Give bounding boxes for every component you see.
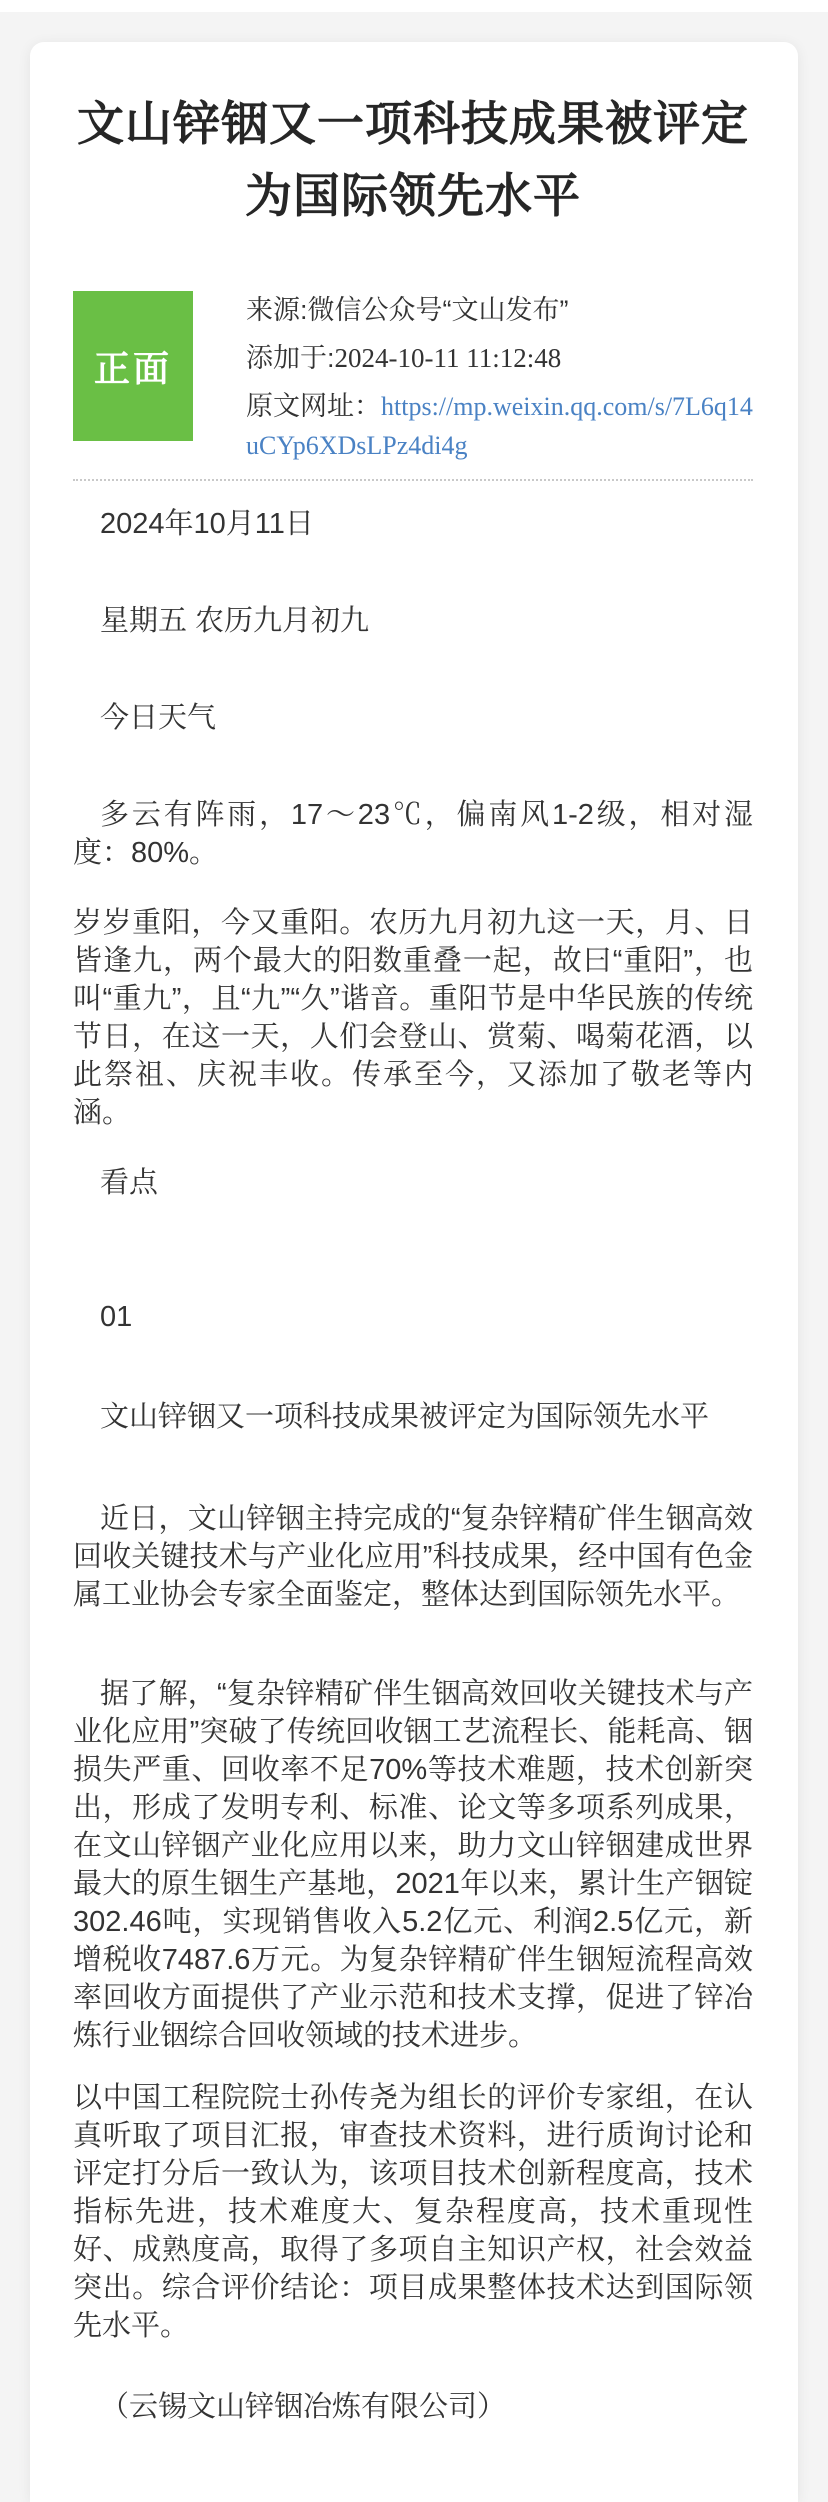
body-paragraph-3: 以中国工程院院士孙传尧为组长的评价专家组，在认真听取了项目汇报，审查技术资料，进… [73,2079,753,2345]
section-title: 文山锌铟又一项科技成果被评定为国际领先水平 [73,1398,753,1436]
weekday-line: 星期五 农历九月初九 [73,602,753,640]
body-paragraph-1: 近日，文山锌铟主持完成的“复杂锌精矿伴生铟高效回收关键技术与产业化应用”科技成果… [73,1500,753,1614]
chongyang-paragraph: 岁岁重阳，今又重阳。农历九月初九这一天，月、日皆逢九，两个最大的阳数重叠一起，故… [73,904,753,1132]
section-number: 01 [73,1298,753,1336]
weather-paragraph: 多云有阵雨，17～23℃，偏南风1-2级，相对湿度：80%。 [73,796,753,872]
page-top-strip [0,0,828,12]
added-line: 添加于:2024-10-11 11:12:48 [246,339,753,377]
source-url-line: 原文网址：https://mp.weixin.qq.com/s/7L6q14uC… [246,387,753,465]
weather-title: 今日天气 [73,699,753,737]
highlights-label: 看点 [73,1164,753,1202]
body-paragraph-2: 据了解，“复杂锌精矿伴生铟高效回收关键技术与产业化应用”突破了传统回收铟工艺流程… [73,1675,753,2055]
article-card: 文山锌铟又一项科技成果被评定为国际领先水平 正面 来源:微信公众号“文山发布” … [30,42,798,2502]
meta-section: 正面 来源:微信公众号“文山发布” 添加于:2024-10-11 11:12:4… [73,291,753,465]
added-label: 添加于: [246,343,335,373]
page-title: 文山锌铟又一项科技成果被评定为国际领先水平 [73,88,753,232]
url-label: 原文网址： [246,391,381,421]
added-datetime: 2024-10-11 11:12:48 [335,343,562,373]
source-line: 来源:微信公众号“文山发布” [246,291,753,329]
sentiment-badge: 正面 [73,291,193,441]
signature-line: （云锡文山锌铟冶炼有限公司） [73,2388,753,2426]
meta-info: 来源:微信公众号“文山发布” 添加于:2024-10-11 11:12:48 原… [246,291,753,465]
dotted-divider [73,479,753,481]
date-line: 2024年10月11日 [73,505,753,543]
